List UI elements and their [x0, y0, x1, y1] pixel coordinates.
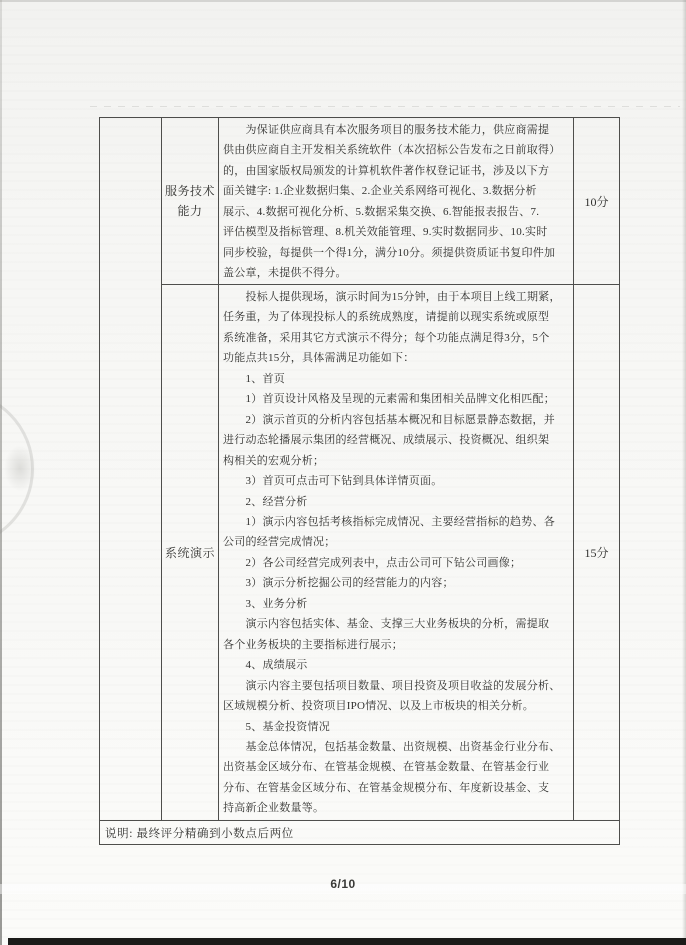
criterion-name: 服务技术 能力	[162, 118, 219, 285]
criterion-description: 投标人提供现场，演示时间为15分钟，由于本项目上线工期紧， 任务重，为了体现投标…	[219, 285, 574, 821]
scan-edge-top	[0, 0, 686, 2]
page-number: 6/10	[0, 877, 686, 891]
evaluation-table: 服务技术 能力 为保证供应商具有本次服务项目的服务技术能力，供应商需提 供由供应…	[99, 117, 620, 845]
criterion-description: 为保证供应商具有本次服务项目的服务技术能力，供应商需提 供由供应商自主开发相关系…	[219, 118, 574, 285]
note-cell: 说明: 最终评分精确到小数点后两位	[100, 821, 620, 845]
table-row-note: 说明: 最终评分精确到小数点后两位	[100, 821, 620, 845]
scan-edge-bottom	[8, 938, 686, 945]
category-cell-empty	[100, 118, 162, 821]
table-row-system-demo: 系统演示 投标人提供现场，演示时间为15分钟，由于本项目上线工期紧， 任务重，为…	[100, 285, 620, 821]
scan-edge-right	[682, 0, 686, 945]
faint-stamp-blob-artifact	[4, 445, 36, 491]
criterion-name: 系统演示	[162, 285, 219, 821]
faint-scan-line	[90, 106, 680, 107]
scanned-document-page: 服务技术 能力 为保证供应商具有本次服务项目的服务技术能力，供应商需提 供由供应…	[0, 0, 686, 945]
table-row-service-tech: 服务技术 能力 为保证供应商具有本次服务项目的服务技术能力，供应商需提 供由供应…	[100, 118, 620, 285]
criterion-score: 15分	[574, 285, 620, 821]
criterion-score: 10分	[574, 118, 620, 285]
